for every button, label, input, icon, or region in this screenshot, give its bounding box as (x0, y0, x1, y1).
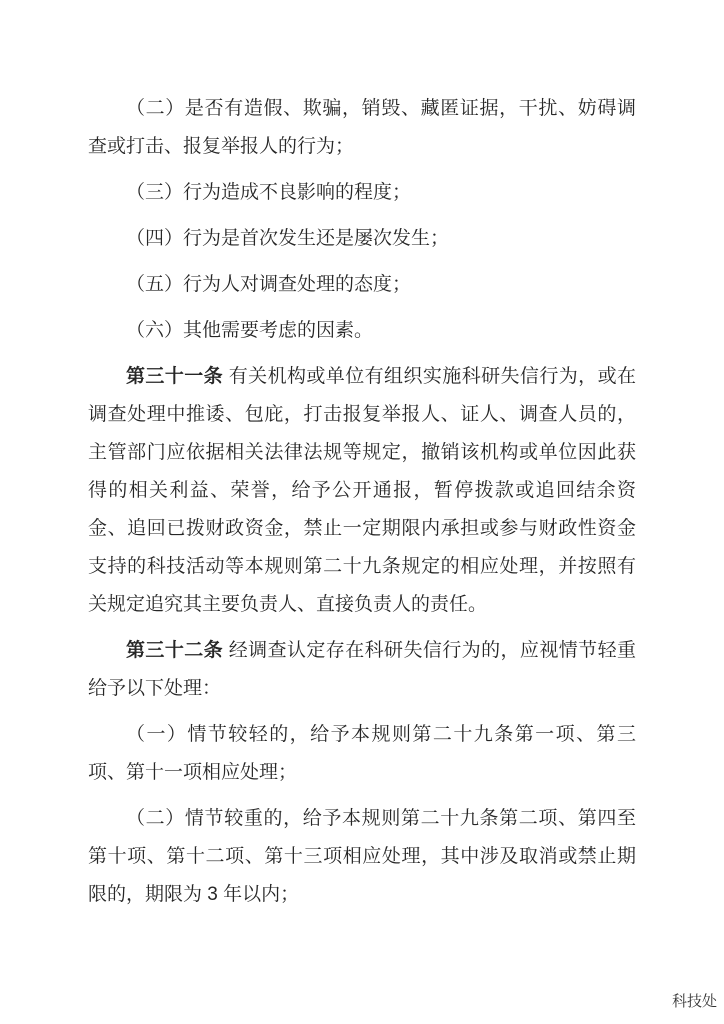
article-32-number: 第三十二条 (126, 640, 223, 661)
article-31-text: 有关机构或单位有组织实施科研失信行为，或在调查处理中推诿、包庇，打击报复举报人、… (88, 366, 636, 615)
clause-item-6-text: （六）其他需要考虑的因素。 (126, 320, 373, 341)
article-31-number: 第三十一条 (126, 366, 223, 387)
handling-item-2: （二）情节较重的，给予本规则第二十九条第二项、第四至第十项、第十二项、第十三项相… (88, 800, 636, 914)
clause-item-2: （二）是否有造假、欺骗，销毁、藏匿证据，干扰、妨碍调查或打击、报复举报人的行为； (88, 90, 636, 166)
document-body: （二）是否有造假、欺骗，销毁、藏匿证据，干扰、妨碍调查或打击、报复举报人的行为；… (88, 90, 636, 922)
article-32-paragraph: 第三十二条 经调查认定存在科研失信行为的，应视情节轻重给予以下处理： (88, 632, 636, 708)
clause-item-3-text: （三）行为造成不良影响的程度； (126, 182, 411, 203)
clause-item-2-text: （二）是否有造假、欺骗，销毁、藏匿证据，干扰、妨碍调查或打击、报复举报人的行为； (88, 98, 636, 157)
clause-item-4: （四）行为是首次发生还是屡次发生； (88, 220, 636, 258)
clause-item-5-text: （五）行为人对调查处理的态度； (126, 274, 411, 295)
handling-item-1: （一）情节较轻的，给予本规则第二十九条第一项、第三项、第十一项相应处理； (88, 716, 636, 792)
page-footer-label: 科技处 (672, 993, 717, 1011)
clause-item-6: （六）其他需要考虑的因素。 (88, 312, 636, 350)
handling-item-2-text: （二）情节较重的，给予本规则第二十九条第二项、第四至第十项、第十二项、第十三项相… (88, 808, 636, 905)
clause-item-3: （三）行为造成不良影响的程度； (88, 174, 636, 212)
clause-item-5: （五）行为人对调查处理的态度； (88, 266, 636, 304)
clause-item-4-text: （四）行为是首次发生还是屡次发生； (126, 228, 449, 249)
document-page: （二）是否有造假、欺骗，销毁、藏匿证据，干扰、妨碍调查或打击、报复举报人的行为；… (0, 0, 724, 1024)
article-31-paragraph: 第三十一条 有关机构或单位有组织实施科研失信行为，或在调查处理中推诿、包庇，打击… (88, 358, 636, 624)
handling-item-1-text: （一）情节较轻的，给予本规则第二十九条第一项、第三项、第十一项相应处理； (88, 724, 636, 783)
